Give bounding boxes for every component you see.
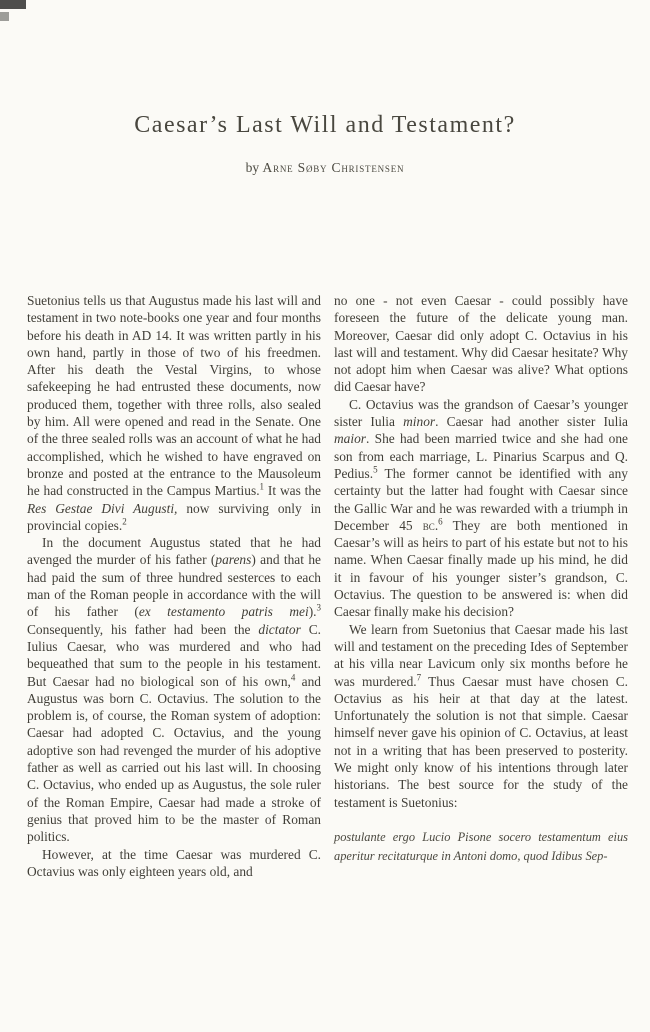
text-run: ). <box>309 604 317 619</box>
page-title: Caesar’s Last Will and Testament? <box>0 112 650 139</box>
text-run: . Caesar had another sister Iulia <box>435 414 628 429</box>
text-run: no one - not even Caesar - could possibl… <box>334 293 628 394</box>
paper-page: Caesar’s Last Will and Testament? by Arn… <box>0 0 650 1032</box>
left-column: Suetonius tells us that Augustus made hi… <box>27 292 321 880</box>
body-paragraph: However, at the time Caesar was murdered… <box>27 846 321 881</box>
scan-artifact-bar <box>0 0 26 9</box>
text-run: They are both mentioned in Caesar’s will… <box>334 518 628 619</box>
text-run: Consequently, his father had been the <box>27 622 258 637</box>
body-paragraph: C. Octavius was the grandson of Caesar’s… <box>334 396 628 621</box>
text-run: and Augustus was born C. Octavius. The s… <box>27 674 321 845</box>
text-run: Res Gestae Divi Augusti, <box>27 501 177 516</box>
text-run: Thus Caesar must have chosen C. Octavius… <box>334 674 628 810</box>
body-paragraph: We learn from Suetonius that Caesar made… <box>334 621 628 811</box>
footnote-marker: 3 <box>317 603 322 613</box>
text-run: However, at the time Caesar was murdered… <box>27 847 321 879</box>
text-run: It was the <box>264 483 321 498</box>
byline-prefix: by <box>246 160 260 175</box>
body-paragraph: Suetonius tells us that Augustus made hi… <box>27 292 321 534</box>
text-run: maior <box>334 431 366 446</box>
text-run: parens <box>215 552 251 567</box>
text-run: ex testamento patris mei <box>139 604 309 619</box>
text-run: bc <box>423 518 435 533</box>
body-paragraph: In the document Augustus stated that he … <box>27 534 321 845</box>
scan-artifact-square <box>0 12 9 21</box>
text-run: Suetonius tells us that Augustus made hi… <box>27 293 321 498</box>
two-column-text-block: Suetonius tells us that Augustus made hi… <box>27 292 628 880</box>
footnote-marker: 2 <box>122 516 127 526</box>
latin-quote-paragraph: postulante ergo Lucio Pisone socero test… <box>334 828 628 867</box>
text-run: dictator <box>258 622 300 637</box>
text-run: postulante ergo Lucio Pisone socero test… <box>334 830 628 864</box>
text-run: minor <box>403 414 435 429</box>
right-column: no one - not even Caesar - could possibl… <box>334 292 628 880</box>
byline: by Arne Søby Christensen <box>0 160 650 176</box>
author-name: Arne Søby Christensen <box>263 160 405 175</box>
body-paragraph: no one - not even Caesar - could possibl… <box>334 292 628 396</box>
